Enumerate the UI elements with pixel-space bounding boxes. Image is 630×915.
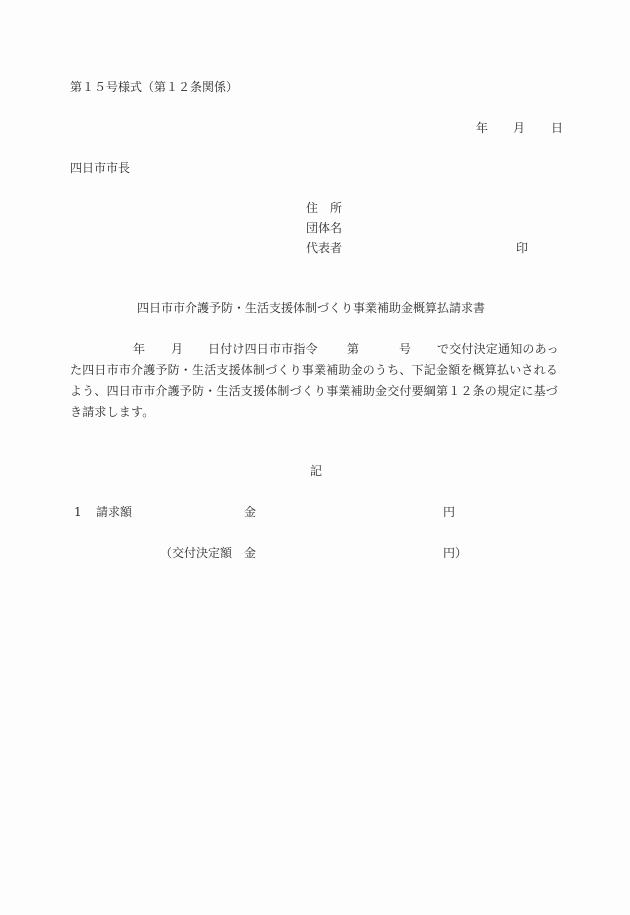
item-kin: 金 [244,505,256,519]
decision-amount-yen: 円） [443,546,467,560]
ki-heading: 記 [310,464,322,478]
date-year: 年 [476,121,488,135]
item-yen: 円 [443,505,455,519]
organization-label: 団体名 [306,221,342,235]
decision-amount-kin: 金 [244,546,256,560]
body-line4: き請求します。 [70,405,154,419]
body-number-suffix: 号 [399,342,411,356]
addressee: 四日市市長 [70,161,130,175]
body-number-prefix: 第 [347,342,359,356]
body-line1-rest: で交付決定通知のあっ [437,342,559,356]
decision-amount-label: （交付決定額 [160,546,232,560]
body-line3: よう、四日市市介護予防・生活支援体制づくり事業補助金交付要綱第１２条の規定に基づ [70,384,558,398]
date-day: 日 [551,121,563,135]
address-label: 住 所 [306,201,342,215]
document-title: 四日市市介護予防・生活支援体制づくり事業補助金概算払請求書 [137,301,485,315]
body-year: 年 [133,342,145,356]
date-month: 月 [513,121,525,135]
seal-label: 印 [516,241,528,255]
representative-label: 代表者 [306,241,342,255]
body-line2: た四日市市介護予防・生活支援体制づくり事業補助金のうち、下記金額を概算払いされる [70,363,558,377]
item-number: 1 [74,505,82,519]
item-label: 請求額 [96,505,132,519]
form-number: 第１５号様式（第１２条関係） [70,80,238,94]
body-day-ref: 日付け四日市市指令 [208,342,318,356]
body-month: 月 [171,342,183,356]
